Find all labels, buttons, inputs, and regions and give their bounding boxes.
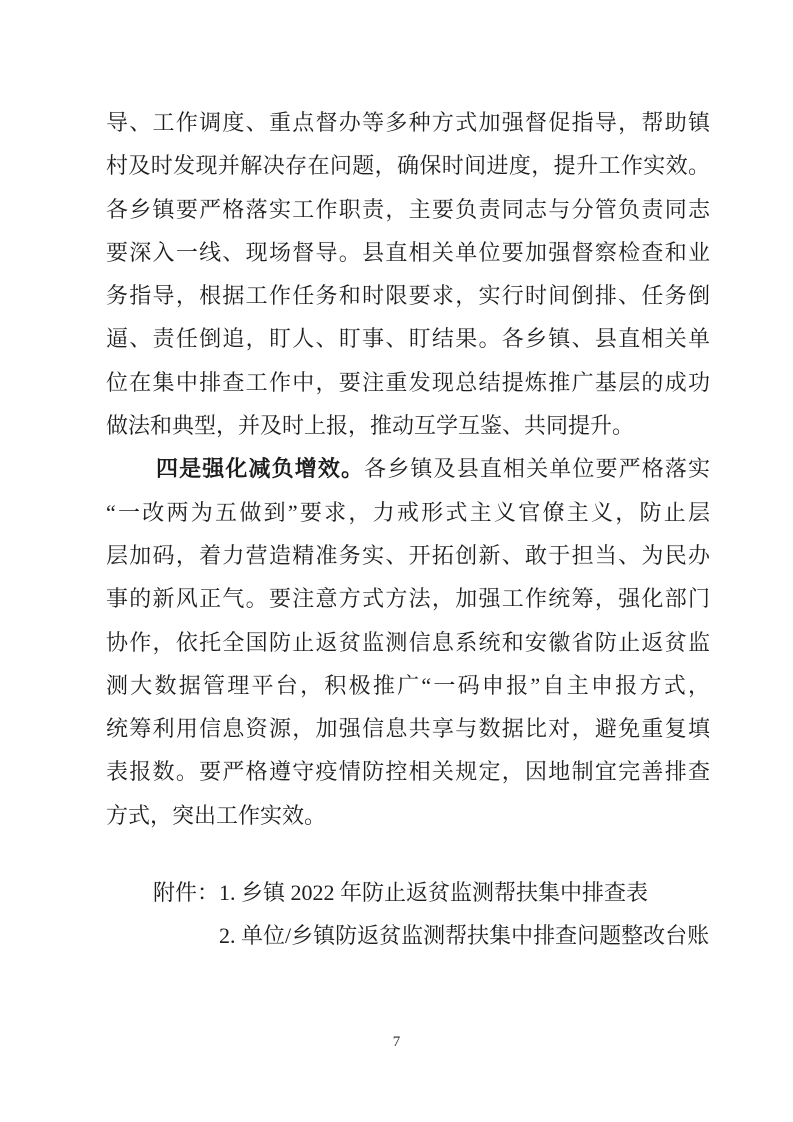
attachment-item: 2. 单位/乡镇防返贫监测帮扶集中排查问题整改台账 [219, 923, 709, 948]
paragraph2-line: “一改两为五做到”要求，力戒形式主义官僚主义，防止层 [106, 491, 710, 534]
attachments-block: 附件：1. 乡镇 2022 年防止返贫监测帮扶集中排查表 2. 单位/乡镇防返贫… [106, 871, 710, 958]
paragraph1-last-line: 做法和典型，并及时上报，推动互学互鉴、共同提升。 [106, 404, 710, 447]
paragraph1-line: 村及时发现并解决存在问题，确保时间进度，提升工作实效。 [106, 144, 710, 187]
paragraph2-line: 协作，依托全国防止返贫监测信息系统和安徽省防止返贫监 [106, 621, 710, 664]
body-text: 导、工作调度、重点督办等多种方式加强督促指导，帮助镇 村及时发现并解决存在问题，… [106, 101, 710, 958]
paragraph1-line: 逼、责任倒追，盯人、盯事、盯结果。各乡镇、县直相关单 [106, 317, 710, 360]
paragraph1-line: 导、工作调度、重点督办等多种方式加强督促指导，帮助镇 [106, 101, 710, 144]
attachment-item: 1. 乡镇 2022 年防止返贫监测帮扶集中排查表 [219, 880, 648, 905]
attachment-line: 2. 单位/乡镇防返贫监测帮扶集中排查问题整改台账 [106, 914, 710, 957]
paragraph1-line: 务指导，根据工作任务和时限要求，实行时间倒排、任务倒 [106, 274, 710, 317]
paragraph2-line: 表报数。要严格遵守疫情防控相关规定，因地制宜完善排查 [106, 750, 710, 793]
paragraph1-line: 位在集中排查工作中，要注重发现总结提炼推广基层的成功 [106, 361, 710, 404]
paragraph2-line: 统筹利用信息资源，加强信息共享与数据比对，避免重复填 [106, 707, 710, 750]
paragraph1-line: 要深入一线、现场督导。县直相关单位要加强督察检查和业 [106, 231, 710, 274]
paragraph2-line: 层加码，着力营造精准务实、开拓创新、敢于担当、为民办 [106, 534, 710, 577]
paragraph2-first-line: 四是强化减负增效。各乡镇及县直相关单位要严格落实 [106, 447, 710, 490]
paragraph2-last-line: 方式，突出工作实效。 [106, 794, 710, 837]
attachment-line: 附件：1. 乡镇 2022 年防止返贫监测帮扶集中排查表 [106, 871, 710, 914]
paragraph1-line: 各乡镇要严格落实工作职责，主要负责同志与分管负责同志 [106, 188, 710, 231]
paragraph2-lead-bold: 四是强化减负增效。 [156, 456, 364, 481]
paragraph2-first-line-rest: 各乡镇及县直相关单位要严格落实 [364, 456, 710, 481]
paragraph2-line: 测大数据管理平台，积极推广“一码申报”自主申报方式， [106, 664, 710, 707]
document-page: 导、工作调度、重点督办等多种方式加强督促指导，帮助镇 村及时发现并解决存在问题，… [0, 0, 793, 1122]
attachments-label: 附件： [153, 880, 219, 905]
paragraph2-line: 事的新风正气。要注意方式方法，加强工作统筹，强化部门 [106, 577, 710, 620]
page-number: 7 [0, 1034, 793, 1051]
